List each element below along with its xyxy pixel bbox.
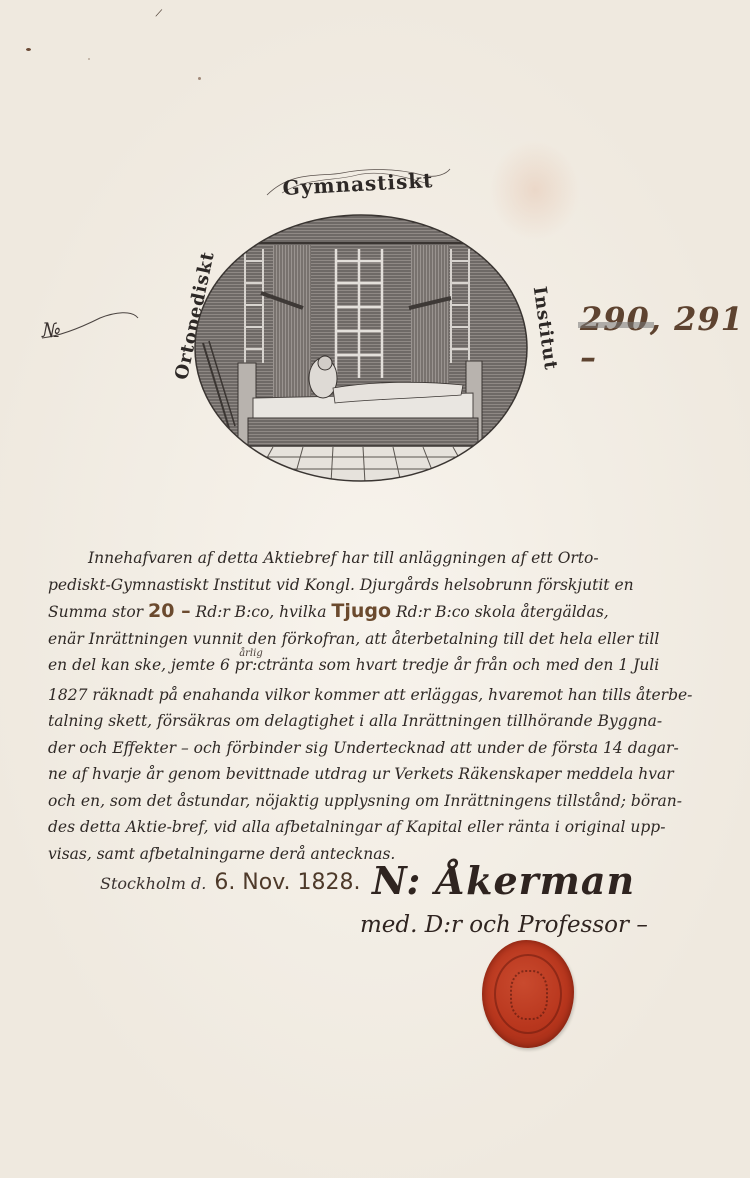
body-line: der och Effekter – och förbinder sig Und… bbox=[48, 735, 728, 762]
currency-text: Rd:r B:co, hvilka bbox=[196, 603, 327, 621]
amount-figure: 20 – bbox=[148, 600, 191, 622]
foxing-spot bbox=[198, 77, 201, 80]
currency-text: Rd:r B:co skola återgäldas, bbox=[396, 603, 609, 621]
serial-number: 290, 291 – bbox=[580, 300, 750, 376]
body-line: Summa stor 20 – Rd:r B:co, hvilka Tjugo … bbox=[48, 598, 728, 626]
foxing-spot bbox=[88, 58, 90, 60]
place-and-date: Stockholm d.6. Nov. 1828. bbox=[100, 870, 361, 895]
signature: N: Åkerman bbox=[372, 858, 635, 903]
interest-text: ränta som hvart tredje år från och med d… bbox=[272, 656, 660, 674]
amount-label: Summa stor bbox=[48, 603, 143, 621]
body-line: des detta Aktie-bref, vid alla afbetalni… bbox=[48, 814, 728, 841]
body-line: 1827 räknadt på enahanda vilkor kommer a… bbox=[48, 682, 728, 709]
body-line: pediskt-Gymnastiskt Institut vid Kongl. … bbox=[48, 572, 728, 599]
certificate-body: Innehafvaren af detta Aktiebref har till… bbox=[48, 545, 728, 867]
place: Stockholm d. bbox=[100, 874, 206, 893]
number-label: № bbox=[42, 318, 61, 342]
date: 6. Nov. 1828. bbox=[214, 870, 360, 895]
wax-seal bbox=[482, 940, 574, 1048]
body-line: talning skett, försäkras om delagtighet … bbox=[48, 708, 728, 735]
interlinear-insertion: årlig bbox=[239, 648, 263, 659]
engraved-vignette bbox=[193, 213, 529, 483]
foxing-spot bbox=[26, 48, 31, 51]
body-line: enär Inrättningen vunnit den förkofran, … bbox=[48, 626, 728, 653]
body-line: och en, som det åstundar, nöjaktig upply… bbox=[48, 788, 728, 815]
body-line: ne af hvarje år genom bevittnade utdrag … bbox=[48, 761, 728, 788]
serial-struck: 290 bbox=[580, 300, 650, 338]
signatory-title: med. D:r och Professor – bbox=[360, 912, 648, 938]
body-line: en del kan ske, jemte 6 pr:ct årlig ränt… bbox=[48, 652, 728, 682]
body-line: Innehafvaren af detta Aktiebref har till… bbox=[48, 545, 728, 572]
amount-words: Tjugo bbox=[331, 600, 391, 622]
